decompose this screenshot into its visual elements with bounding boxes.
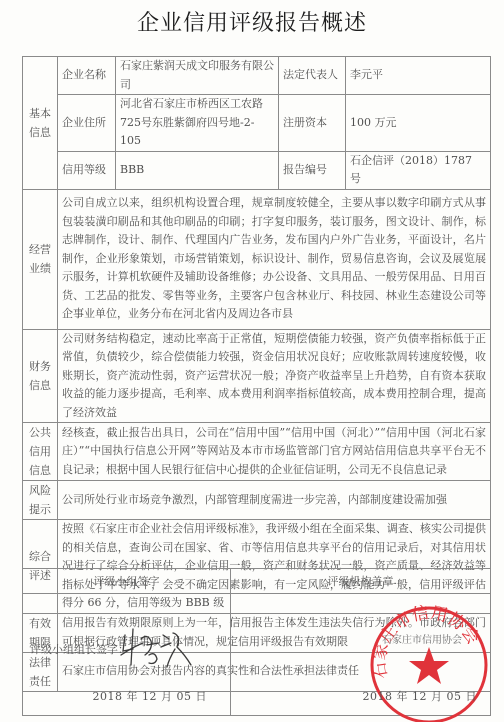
org-seal-cell: 石家庄市信用协会 石家庄市信用协会 2018 年 12 月 05 日 [231,594,491,716]
basic-info-row-rating: 信用等级 BBB 报告编号 石企信评（2018）1787 号 [23,151,491,189]
org-seal-header: 评级机构盖章 [231,569,491,594]
registered-capital-value: 100 万元 [346,95,491,152]
section-text-business: 公司自成立以来，组织机构设置合理，规章制度较健全，主要从事以数字印刷方式从事包装… [58,189,491,329]
section-label-text: 风险 提示 [29,484,51,516]
section-label-finance: 财务 信息 [23,329,58,423]
section-label-text: 财务 信息 [29,360,51,392]
team-signature-cell: 评级小组组长签字： 2018 年 12 月 05 日 [23,594,231,716]
section-row-risk: 风险 提示 公司所处行业市场竞争激烈，内部管理制度需进一步完善，内部制度建设需加… [23,481,491,520]
field-label: 注册资本 [279,95,346,152]
legal-representative-value: 李元平 [346,57,491,95]
field-label: 企业名称 [58,57,116,95]
seal-inner-text: 石家庄市信用协会 [382,631,462,646]
leader-signature-label: 评级小组组长签字： [30,641,129,657]
official-seal-icon: 石家庄市信用协会 [367,603,491,722]
section-text-public-credit: 经核查，截止报告出具日，公司在“信用中国”“信用中国（河北）”“信用中国（河北石… [58,423,491,481]
org-seal-date: 2018 年 12 月 05 日 [363,688,477,704]
basic-info-row-address: 企业住所 河北省石家庄市桥西区工农路725号东胜紫御府四号地-2-105 注册资… [23,95,491,152]
section-row-finance: 财务 信息 公司财务结构稳定，速动比率高于正常值，短期偿债能力较强，资产负债率指… [23,329,491,423]
section-label-business: 经营 业绩 [23,189,58,329]
credit-rating-value: BBB [116,151,279,189]
section-label-text: 基本 信息 [29,107,51,139]
field-label: 信用等级 [58,151,116,189]
section-text-finance: 公司财务结构稳定，速动比率高于正常值，短期偿债能力较强，资产负债率指标低于正常值… [58,329,491,423]
team-signature-date: 2018 年 12 月 05 日 [93,688,207,704]
section-row-public-credit: 公共 信用 信息 经核查，截止报告出具日，公司在“信用中国”“信用中国（河北）”… [23,423,491,481]
field-label: 报告编号 [279,151,346,189]
page-title: 企业信用评级报告概述 [0,4,504,44]
section-row-business: 经营 业绩 公司自成立以来，组织机构设置合理，规章制度较健全，主要从事以数字印刷… [23,189,491,329]
section-label-text: 公共 信用 信息 [29,426,51,477]
report-number-value: 石企信评（2018）1787 号 [346,151,491,189]
team-signature-header: 评级小组签字 [23,569,231,594]
field-label: 法定代表人 [279,57,346,95]
company-address-value: 河北省石家庄市桥西区工农路725号东胜紫御府四号地-2-105 [116,95,279,152]
handwritten-signature-icon [119,625,194,670]
signature-table: 评级小组签字 评级机构盖章 评级小组组长签字： [22,568,491,716]
basic-info-row-name: 基本 信息 企业名称 石家庄紫润天成文印服务有限公司 法定代表人 李元平 [23,57,491,95]
section-label-public-credit: 公共 信用 信息 [23,423,58,481]
section-label-basic-info: 基本 信息 [23,57,58,190]
section-label-risk: 风险 提示 [23,481,58,520]
field-label: 企业住所 [58,95,116,152]
section-label-text: 经营 业绩 [29,243,51,275]
company-name-value: 石家庄紫润天成文印服务有限公司 [116,57,279,95]
section-text-risk: 公司所处行业市场竞争激烈，内部管理制度需进一步完善，内部制度建设需加强 [58,481,491,520]
